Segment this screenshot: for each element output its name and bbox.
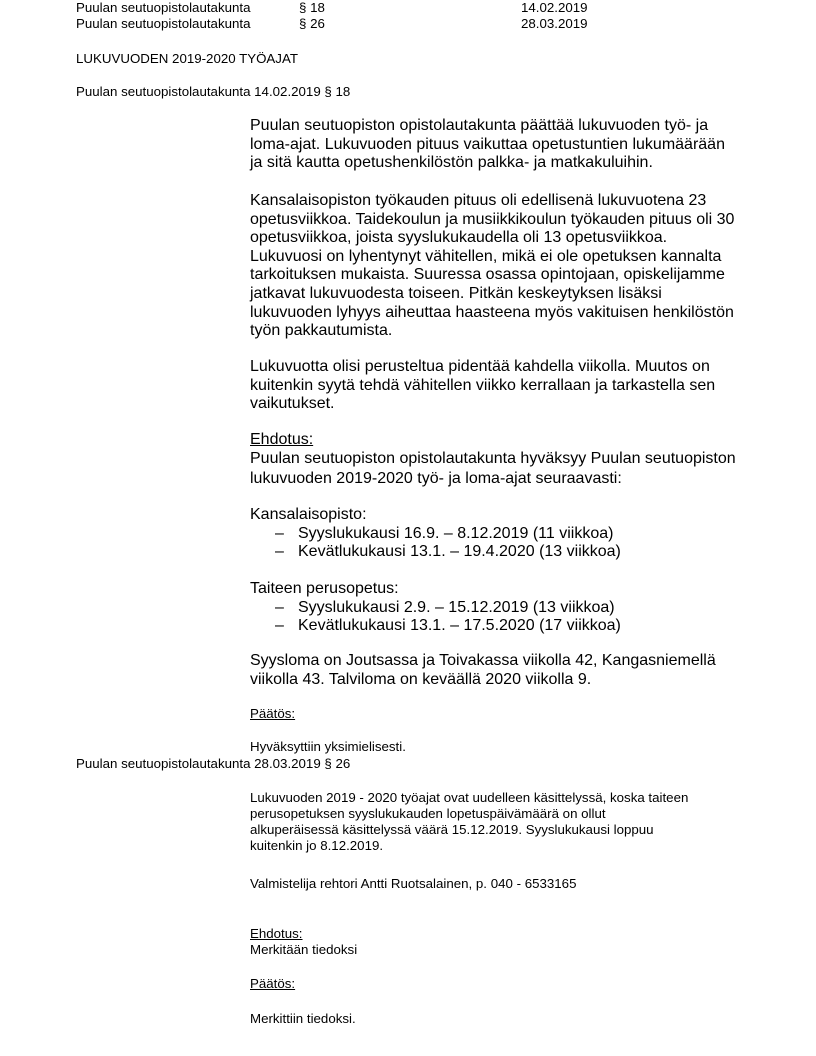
- dash-bullet: –: [275, 525, 284, 544]
- preparer-text: Valmistelija rehtori Antti Ruotsalainen,…: [250, 876, 790, 892]
- dash-bullet: –: [275, 599, 284, 618]
- group-label: Taiteen perusopetus:: [250, 580, 790, 599]
- header-row-1-section: § 18: [299, 0, 325, 16]
- text-line: loma-ajat. Lukuvuoden pituus vaikuttaa o…: [250, 136, 790, 155]
- meeting1-holidays: Syysloma on Joutsassa ja Toivakassa viik…: [250, 652, 790, 689]
- text-line: alkuperäisessä käsittelyssä väärä 15.12.…: [250, 822, 790, 838]
- text-line: ja sitä kautta opetushenkilöstön palkka-…: [250, 154, 790, 173]
- meeting1-heading: Puulan seutuopistolautakunta 14.02.2019 …: [76, 84, 350, 100]
- header-row-1-body: Puulan seutuopistolautakunta: [76, 0, 250, 16]
- list-item-text: Kevätlukukausi 13.1. – 19.4.2020 (13 vii…: [298, 543, 621, 562]
- group-kansalaisopisto: Kansalaisopisto: – Syyslukukausi 16.9. –…: [250, 506, 790, 566]
- header-row-1-date: 14.02.2019: [521, 0, 588, 16]
- document-title: LUKUVUODEN 2019-2020 TYÖAJAT: [76, 51, 298, 67]
- meeting2-preparer: Valmistelija rehtori Antti Ruotsalainen,…: [250, 876, 790, 892]
- meeting1-para2: Kansalaisopiston työkauden pituus oli ed…: [250, 192, 790, 341]
- decision-text: Merkittiin tiedoksi.: [250, 1011, 790, 1027]
- text-line: lukuvuoden 2019-2020 työ- ja loma-ajat s…: [250, 470, 790, 489]
- text-line: Kansalaisopiston työkauden pituus oli ed…: [250, 192, 790, 211]
- list-item-text: Syyslukukausi 2.9. – 15.12.2019 (13 viik…: [298, 599, 615, 618]
- text-line: tarkoituksen mukaista. Suuressa osassa o…: [250, 266, 790, 285]
- header-row-2-section: § 26: [299, 16, 325, 32]
- text-line: Puulan seutuopiston opistolautakunta hyv…: [250, 450, 790, 469]
- meeting2-decision-label: Päätös:: [250, 976, 790, 992]
- meeting1-proposal: Ehdotus: Puulan seutuopiston opistolauta…: [250, 431, 790, 489]
- list-item-text: Syyslukukausi 16.9. – 8.12.2019 (11 viik…: [298, 525, 613, 544]
- text-line: vaikutukset.: [250, 395, 790, 414]
- text-line: opetusviikkoa. Taidekoulun ja musiikkiko…: [250, 211, 790, 230]
- text-line: Lukuvuosi on lyhentynyt vähitellen, mikä…: [250, 248, 790, 267]
- decision-text: Hyväksyttiin yksimielisesti.: [250, 739, 790, 755]
- meeting1-para1: Puulan seutuopiston opistolautakunta pää…: [250, 117, 790, 173]
- meeting1-decision: Hyväksyttiin yksimielisesti.: [250, 739, 790, 755]
- header-row-2-date: 28.03.2019: [521, 16, 588, 32]
- meeting1-para3: Lukuvuotta olisi perusteltua pidentää ka…: [250, 358, 790, 414]
- dash-bullet: –: [275, 543, 284, 562]
- header-row-2-body: Puulan seutuopistolautakunta: [76, 16, 250, 32]
- text-line: työn pakkautumista.: [250, 322, 790, 341]
- dash-bullet: –: [275, 617, 284, 636]
- meeting2-proposal: Ehdotus: Merkitään tiedoksi: [250, 926, 790, 958]
- decision-label: Päätös:: [250, 706, 790, 722]
- proposal-text: Merkitään tiedoksi: [250, 942, 790, 958]
- text-line: lukuvuoden lyhyys aiheuttaa haasteena my…: [250, 304, 790, 323]
- proposal-label: Ehdotus:: [250, 926, 790, 942]
- text-line: kuitenkin jo 8.12.2019.: [250, 838, 790, 854]
- proposal-label: Ehdotus:: [250, 431, 790, 450]
- text-line: Lukuvuotta olisi perusteltua pidentää ka…: [250, 358, 790, 377]
- meeting1-decision-label: Päätös:: [250, 706, 790, 722]
- decision-label: Päätös:: [250, 976, 790, 992]
- text-line: jatkavat lukuvuodesta toiseen. Pitkän ke…: [250, 285, 790, 304]
- meeting2-para1: Lukuvuoden 2019 - 2020 työajat ovat uude…: [250, 790, 790, 854]
- text-line: perusopetuksen syyslukukauden lopetuspäi…: [250, 806, 790, 822]
- text-line: Syysloma on Joutsassa ja Toivakassa viik…: [250, 652, 790, 671]
- text-line: opetusviikkoa, joista syyslukukaudella o…: [250, 229, 790, 248]
- group-taiteen-perusopetus: Taiteen perusopetus: – Syyslukukausi 2.9…: [250, 580, 790, 640]
- meeting2-decision: Merkittiin tiedoksi.: [250, 1011, 790, 1027]
- group-label: Kansalaisopisto:: [250, 506, 790, 525]
- text-line: viikolla 43. Talviloma on keväällä 2020 …: [250, 671, 790, 690]
- meeting2-heading: Puulan seutuopistolautakunta 28.03.2019 …: [76, 756, 350, 772]
- text-line: Lukuvuoden 2019 - 2020 työajat ovat uude…: [250, 790, 790, 806]
- text-line: kuitenkin syytä tehdä vähitellen viikko …: [250, 377, 790, 396]
- text-line: Puulan seutuopiston opistolautakunta pää…: [250, 117, 790, 136]
- list-item-text: Kevätlukukausi 13.1. – 17.5.2020 (17 vii…: [298, 617, 621, 636]
